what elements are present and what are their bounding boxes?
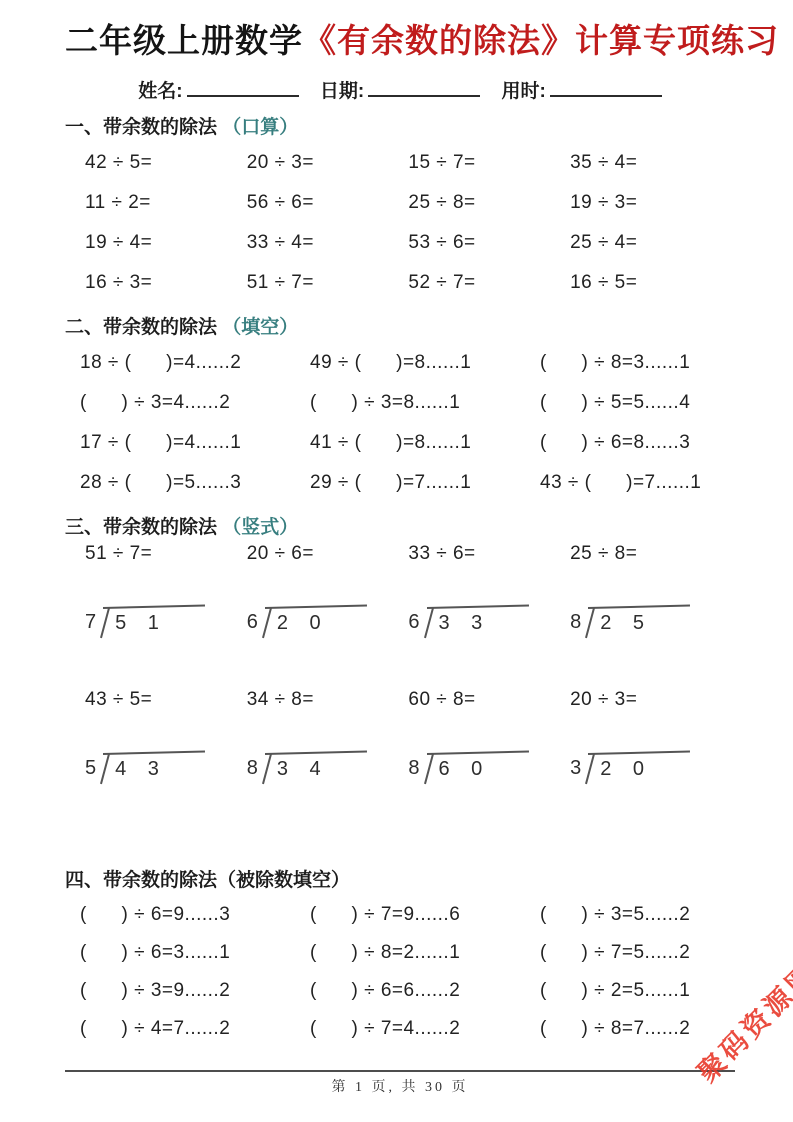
section4-header-text: 四、带余数的除法（被除数填空） <box>65 870 350 891</box>
page-number: 第 1 页, 共 30 页 <box>65 1072 735 1096</box>
problem-cell: 28 ÷ ( )=5......3 <box>80 463 310 503</box>
problem-cell: ( ) ÷ 3=5......2 <box>540 896 735 934</box>
long-division-bracket: 54 3 <box>85 753 247 789</box>
problem-cell: ( ) ÷ 8=2......1 <box>310 934 540 972</box>
long-division-bracket: 83 4 <box>247 753 409 789</box>
problem-cell: 29 ÷ ( )=7......1 <box>310 463 540 503</box>
problem-cell: 41 ÷ ( )=8......1 <box>310 423 540 463</box>
section1-header: 一、带余数的除法 （口算） <box>65 112 735 139</box>
page-footer: 第 1 页, 共 30 页 <box>65 1070 735 1096</box>
time-blank-field <box>550 80 662 97</box>
long-division-bracket: 62 0 <box>247 607 409 643</box>
info-line: 姓名: 日期: 用时: <box>65 76 735 103</box>
problem-cell: 19 ÷ 4= <box>85 223 247 263</box>
time-label: 用时: <box>501 81 545 102</box>
long-division-dividend: 6 0 <box>422 753 529 789</box>
section2-tag: （填空） <box>222 317 298 338</box>
section1-header-text: 一、带余数的除法 <box>65 117 217 138</box>
problem-cell: 25 ÷ 4= <box>570 223 735 263</box>
problem-cell: ( ) ÷ 4=7......2 <box>80 1010 310 1048</box>
section3-longdiv-row2: 54 3 83 4 86 0 32 0 <box>65 753 735 789</box>
section3-block-1: 51 ÷ 7= 20 ÷ 6= 33 ÷ 6= 25 ÷ 8= 75 1 62 … <box>65 543 735 643</box>
long-division-dividend: 3 3 <box>422 607 529 643</box>
long-division-bracket: 75 1 <box>85 607 247 643</box>
problem-cell: ( ) ÷ 3=4......2 <box>80 383 310 423</box>
problem-cell: 20 ÷ 3= <box>570 689 735 711</box>
problem-cell: ( ) ÷ 6=8......3 <box>540 423 735 463</box>
problem-cell: 53 ÷ 6= <box>408 223 570 263</box>
problem-cell: 15 ÷ 7= <box>408 143 570 183</box>
long-division-dividend: 2 0 <box>583 753 690 789</box>
long-division-bracket: 32 0 <box>570 753 735 789</box>
long-division-divisor: 3 <box>570 753 581 780</box>
long-division-dividend: 2 5 <box>583 607 690 643</box>
section1-tag: （口算） <box>222 117 298 138</box>
problem-cell: 19 ÷ 3= <box>570 183 735 223</box>
long-division-divisor: 8 <box>247 753 258 780</box>
problem-cell: 51 ÷ 7= <box>85 543 247 565</box>
problem-cell: ( ) ÷ 8=7......2 <box>540 1010 735 1048</box>
problem-cell: 35 ÷ 4= <box>570 143 735 183</box>
section2-problem-grid: 18 ÷ ( )=4......2 49 ÷ ( )=8......1 ( ) … <box>65 343 735 503</box>
date-label: 日期: <box>320 81 364 102</box>
problem-cell: ( ) ÷ 2=5......1 <box>540 972 735 1010</box>
problem-cell: 43 ÷ 5= <box>85 689 247 711</box>
section3-longdiv-row1: 75 1 62 0 63 3 82 5 <box>65 607 735 643</box>
problem-cell: 25 ÷ 8= <box>408 183 570 223</box>
page-title: 二年级上册数学《有余数的除法》计算专项练习 <box>65 20 735 63</box>
title-red-part: 《有余数的除法》计算专项练习 <box>303 22 779 59</box>
problem-cell: ( ) ÷ 8=3......1 <box>540 343 735 383</box>
problem-cell: 16 ÷ 3= <box>85 263 247 303</box>
problem-cell: ( ) ÷ 6=6......2 <box>310 972 540 1010</box>
problem-cell: 60 ÷ 8= <box>408 689 570 711</box>
problem-cell: ( ) ÷ 5=5......4 <box>540 383 735 423</box>
worksheet-page: 二年级上册数学《有余数的除法》计算专项练习 姓名: 日期: 用时: 一、带余数的… <box>0 0 793 1122</box>
long-division-dividend: 4 3 <box>98 753 205 789</box>
problem-cell: 56 ÷ 6= <box>247 183 409 223</box>
section1-problem-grid: 42 ÷ 5= 20 ÷ 3= 15 ÷ 7= 35 ÷ 4= 11 ÷ 2= … <box>65 143 735 303</box>
problem-cell: ( ) ÷ 7=5......2 <box>540 934 735 972</box>
problem-cell: 51 ÷ 7= <box>247 263 409 303</box>
problem-cell: ( ) ÷ 3=8......1 <box>310 383 540 423</box>
name-blank-field <box>187 80 299 97</box>
section3-problems-row2: 43 ÷ 5= 34 ÷ 8= 60 ÷ 8= 20 ÷ 3= <box>65 689 735 711</box>
long-division-dividend: 5 1 <box>98 607 205 643</box>
section2-header: 二、带余数的除法 （填空） <box>65 312 735 339</box>
section2-header-text: 二、带余数的除法 <box>65 317 217 338</box>
problem-cell: 16 ÷ 5= <box>570 263 735 303</box>
problem-cell: 42 ÷ 5= <box>85 143 247 183</box>
name-label: 姓名: <box>138 81 182 102</box>
long-division-divisor: 8 <box>570 607 581 634</box>
long-division-bracket: 82 5 <box>570 607 735 643</box>
long-division-bracket: 86 0 <box>408 753 570 789</box>
long-division-divisor: 8 <box>408 753 419 780</box>
problem-cell: 17 ÷ ( )=4......1 <box>80 423 310 463</box>
long-division-dividend: 3 4 <box>260 753 367 789</box>
section3-problems-row1: 51 ÷ 7= 20 ÷ 6= 33 ÷ 6= 25 ÷ 8= <box>65 543 735 565</box>
section4-header: 四、带余数的除法（被除数填空） <box>65 865 735 892</box>
long-division-divisor: 5 <box>85 753 96 780</box>
long-division-divisor: 6 <box>247 607 258 634</box>
section3-header-text: 三、带余数的除法 <box>65 517 217 538</box>
problem-cell: ( ) ÷ 6=9......3 <box>80 896 310 934</box>
section4-problem-grid: ( ) ÷ 6=9......3 ( ) ÷ 7=9......6 ( ) ÷ … <box>65 896 735 1048</box>
problem-cell: 25 ÷ 8= <box>570 543 735 565</box>
long-division-divisor: 6 <box>408 607 419 634</box>
section3-block-2: 43 ÷ 5= 34 ÷ 8= 60 ÷ 8= 20 ÷ 3= 54 3 83 … <box>65 689 735 789</box>
problem-cell: ( ) ÷ 7=9......6 <box>310 896 540 934</box>
long-division-bracket: 63 3 <box>408 607 570 643</box>
problem-cell: 49 ÷ ( )=8......1 <box>310 343 540 383</box>
section3-header: 三、带余数的除法 （竖式） <box>65 512 735 539</box>
problem-cell: 18 ÷ ( )=4......2 <box>80 343 310 383</box>
long-division-divisor: 7 <box>85 607 96 634</box>
problem-cell: 33 ÷ 4= <box>247 223 409 263</box>
problem-cell: 43 ÷ ( )=7......1 <box>540 463 735 503</box>
problem-cell: 33 ÷ 6= <box>408 543 570 565</box>
problem-cell: 34 ÷ 8= <box>247 689 409 711</box>
title-black-part: 二年级上册数学 <box>65 22 303 59</box>
problem-cell: 20 ÷ 3= <box>247 143 409 183</box>
problem-cell: ( ) ÷ 7=4......2 <box>310 1010 540 1048</box>
problem-cell: 20 ÷ 6= <box>247 543 409 565</box>
problem-cell: 11 ÷ 2= <box>85 183 247 223</box>
long-division-dividend: 2 0 <box>260 607 367 643</box>
section3-tag: （竖式） <box>222 517 298 538</box>
problem-cell: 52 ÷ 7= <box>408 263 570 303</box>
problem-cell: ( ) ÷ 3=9......2 <box>80 972 310 1010</box>
date-blank-field <box>368 80 480 97</box>
problem-cell: ( ) ÷ 6=3......1 <box>80 934 310 972</box>
